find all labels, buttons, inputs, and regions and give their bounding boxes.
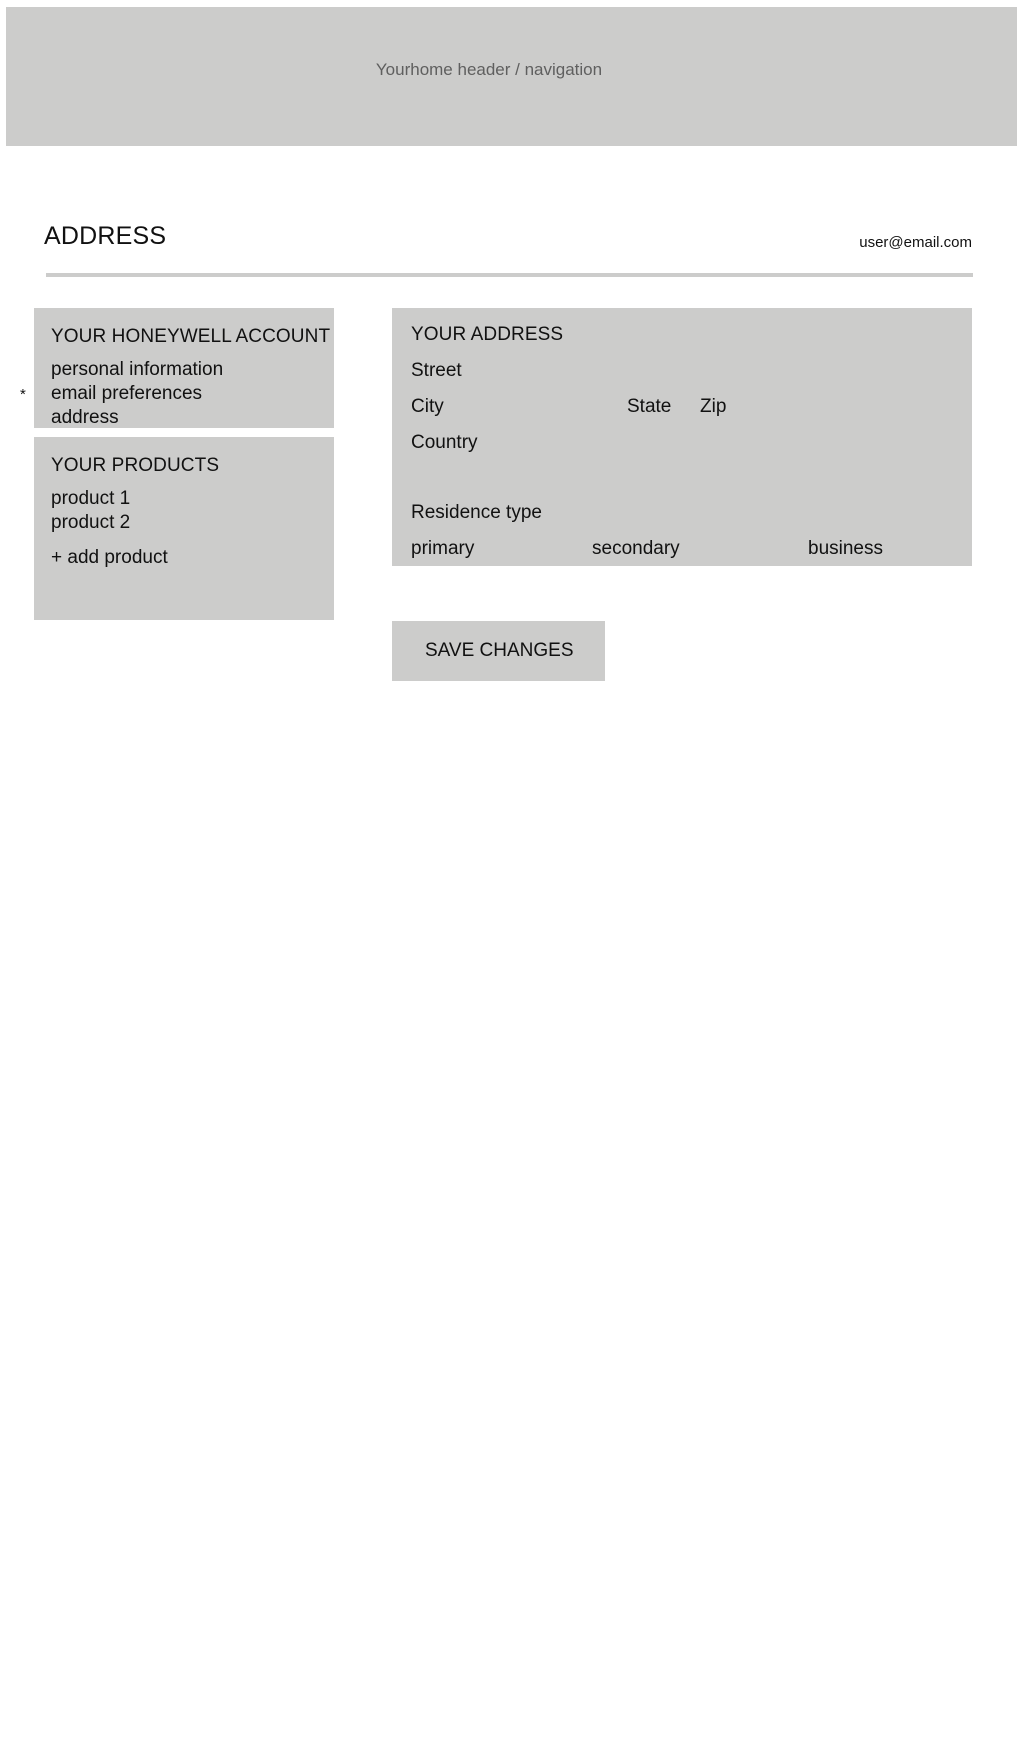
street-row: Street [411, 360, 972, 396]
address-panel-title: YOUR ADDRESS [411, 324, 972, 346]
title-divider [46, 273, 973, 277]
residence-type-label: Residence type [411, 502, 542, 524]
address-panel: YOUR ADDRESS Street City State Zip Count… [392, 308, 972, 566]
account-panel: YOUR HONEYWELL ACCOUNT personal informat… [34, 308, 334, 428]
product-item[interactable]: product 1 [51, 487, 334, 511]
account-panel-title: YOUR HONEYWELL ACCOUNT [51, 326, 334, 348]
residence-type-row: Residence type [411, 502, 972, 538]
active-item-marker: * [20, 386, 26, 403]
residence-option-secondary[interactable]: secondary [592, 538, 680, 560]
residence-option-primary[interactable]: primary [411, 538, 474, 560]
state-field[interactable]: State [627, 396, 671, 418]
products-panel: YOUR PRODUCTS product 1 product 2 + add … [34, 437, 334, 620]
header-placeholder-text: Yourhome header / navigation [376, 60, 602, 80]
products-panel-title: YOUR PRODUCTS [51, 455, 334, 477]
add-product-link[interactable]: + add product [51, 547, 168, 569]
account-nav-list: personal information email preferences a… [51, 358, 334, 430]
save-changes-button[interactable]: SAVE CHANGES [392, 621, 605, 681]
residence-options-row: primary secondary business [411, 538, 972, 574]
residence-option-business[interactable]: business [808, 538, 883, 560]
account-nav-email-preferences[interactable]: email preferences [51, 382, 334, 406]
products-list: product 1 product 2 [51, 487, 334, 535]
country-row: Country [411, 432, 972, 468]
city-field[interactable]: City [411, 396, 444, 418]
account-nav-address[interactable]: address [51, 406, 334, 430]
user-email: user@email.com [859, 234, 972, 251]
product-item[interactable]: product 2 [51, 511, 334, 535]
page-title: ADDRESS [44, 222, 166, 251]
city-state-zip-row: City State Zip [411, 396, 972, 432]
account-nav-personal-information[interactable]: personal information [51, 358, 334, 382]
zip-field[interactable]: Zip [700, 396, 726, 418]
site-header-navigation: Yourhome header / navigation [6, 7, 1017, 146]
country-field[interactable]: Country [411, 432, 478, 454]
street-field[interactable]: Street [411, 360, 462, 382]
